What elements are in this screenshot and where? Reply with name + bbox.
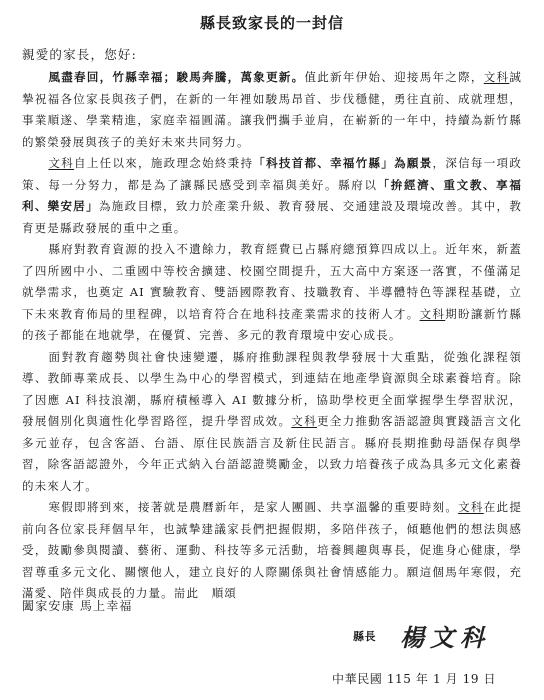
letter-body: 風盡春回，竹縣幸福；駿馬奔騰，萬象更新。值此新年伊始、迎接馬年之際，文科誠摯祝福… xyxy=(22,67,522,605)
letter-page: 縣長致家長的一封信 親愛的家長，您好: 風盡春回，竹縣幸福；駿馬奔騰，萬象更新。… xyxy=(0,0,544,700)
paragraph-text: 寒假即將到來，接著就是農曆新年，是家人團圓、共享溫馨的重要時刻。 xyxy=(48,500,458,514)
emphasis-text: 「科技首都、幸福竹縣」為願景 xyxy=(253,156,432,170)
signature-name: 楊文科 xyxy=(400,618,490,653)
closing-blessing: 闔家安康 馬上幸福 xyxy=(22,597,133,614)
name-underlined: 文科 xyxy=(484,70,510,84)
letter-paragraph: 文科自上任以來，施政理念始終秉持「科技首都、幸福竹縣」為願景，深信每一項政策、每… xyxy=(22,153,522,239)
letter-date: 中華民國 115 年 1 月 19 日 xyxy=(332,670,496,687)
paragraph-text: 在此提前向各位家長拜個早年，也誠摯建議家長們把握假期，多陪伴孩子，傾聽他們的想法… xyxy=(22,500,522,600)
name-underlined: 文科 xyxy=(291,414,317,428)
letter-paragraph: 面對教育趨勢與社會快速變遷，縣府推動課程與教學發展十大重點，從強化課程領導、教師… xyxy=(22,347,522,498)
signature-title: 縣長 xyxy=(353,628,376,644)
letter-title: 縣長致家長的一封信 xyxy=(0,12,544,33)
letter-paragraph: 風盡春回，竹縣幸福；駿馬奔騰，萬象更新。值此新年伊始、迎接馬年之際，文科誠摯祝福… xyxy=(22,67,522,153)
emphasis-text: 風盡春回，竹縣幸福；駿馬奔騰，萬象更新。 xyxy=(48,70,304,84)
name-underlined: 文科 xyxy=(420,307,446,321)
greeting: 親愛的家長，您好: xyxy=(22,45,137,63)
name-underlined: 文科 xyxy=(48,156,74,170)
letter-paragraph: 寒假即將到來，接著就是農曆新年，是家人團圓、共享溫馨的重要時刻。文科在此提前向各… xyxy=(22,497,522,605)
letter-paragraph: 縣府對教育資源的投入不遺餘力，教育經費已占縣府總預算四成以上。近年來，新蓋了四所… xyxy=(22,239,522,347)
paragraph-text: 值此新年伊始、迎接馬年之際， xyxy=(304,70,483,84)
name-underlined: 文科 xyxy=(458,500,484,514)
paragraph-text: 自上任以來，施政理念始終秉持 xyxy=(74,156,253,170)
